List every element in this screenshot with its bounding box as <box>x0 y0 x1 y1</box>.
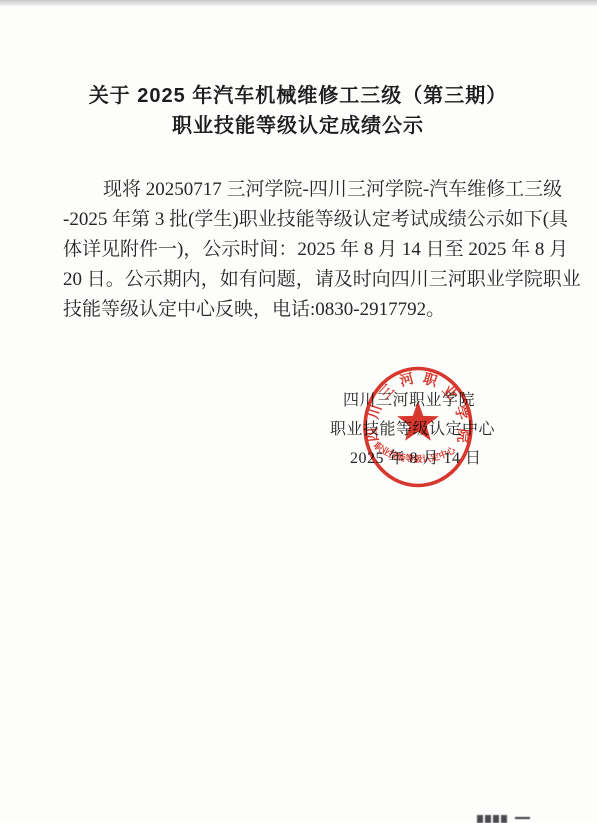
body-text-line: 20 日。公示期内，如有问题，请及时向四川三河职业学院职业 <box>63 268 537 291</box>
body-text-line: 体详见附件一)，公示时间：2025 年 8 月 14 日至 2025 年 8 月 <box>63 238 537 261</box>
artifact-glyph <box>485 815 491 823</box>
seal-star-icon <box>397 401 439 441</box>
footer-scan-artifact <box>477 815 530 823</box>
artifact-dash <box>515 817 530 819</box>
body-text-line: -2025 年第 3 批(学生)职业技能等级认定考试成绩公示如下(具 <box>63 208 537 231</box>
artifact-glyph <box>501 815 507 823</box>
official-seal-stamp: 四川三河职业学院 职业技能等级认定中心 <box>361 365 475 489</box>
body-text-line: 技能等级认定中心反映，电话:0830-2917792。 <box>63 298 537 321</box>
document-title-line2: 职业技能等级认定成绩公示 <box>43 115 553 137</box>
scan-edge-artifact <box>0 0 597 6</box>
seal-bottom-text: 职业技能等级认定中心 <box>372 439 458 464</box>
document-page: 关于 2025 年汽车机械维修工三级（第三期） 职业技能等级认定成绩公示 现将 … <box>0 0 597 823</box>
body-text-line: 现将 20250717 三河学院-四川三河学院-汽车维修工三级 <box>63 178 537 201</box>
artifact-glyph <box>477 815 483 823</box>
document-title-line1: 关于 2025 年汽车机械维修工三级（第三期） <box>43 85 553 107</box>
artifact-glyph <box>493 815 499 823</box>
